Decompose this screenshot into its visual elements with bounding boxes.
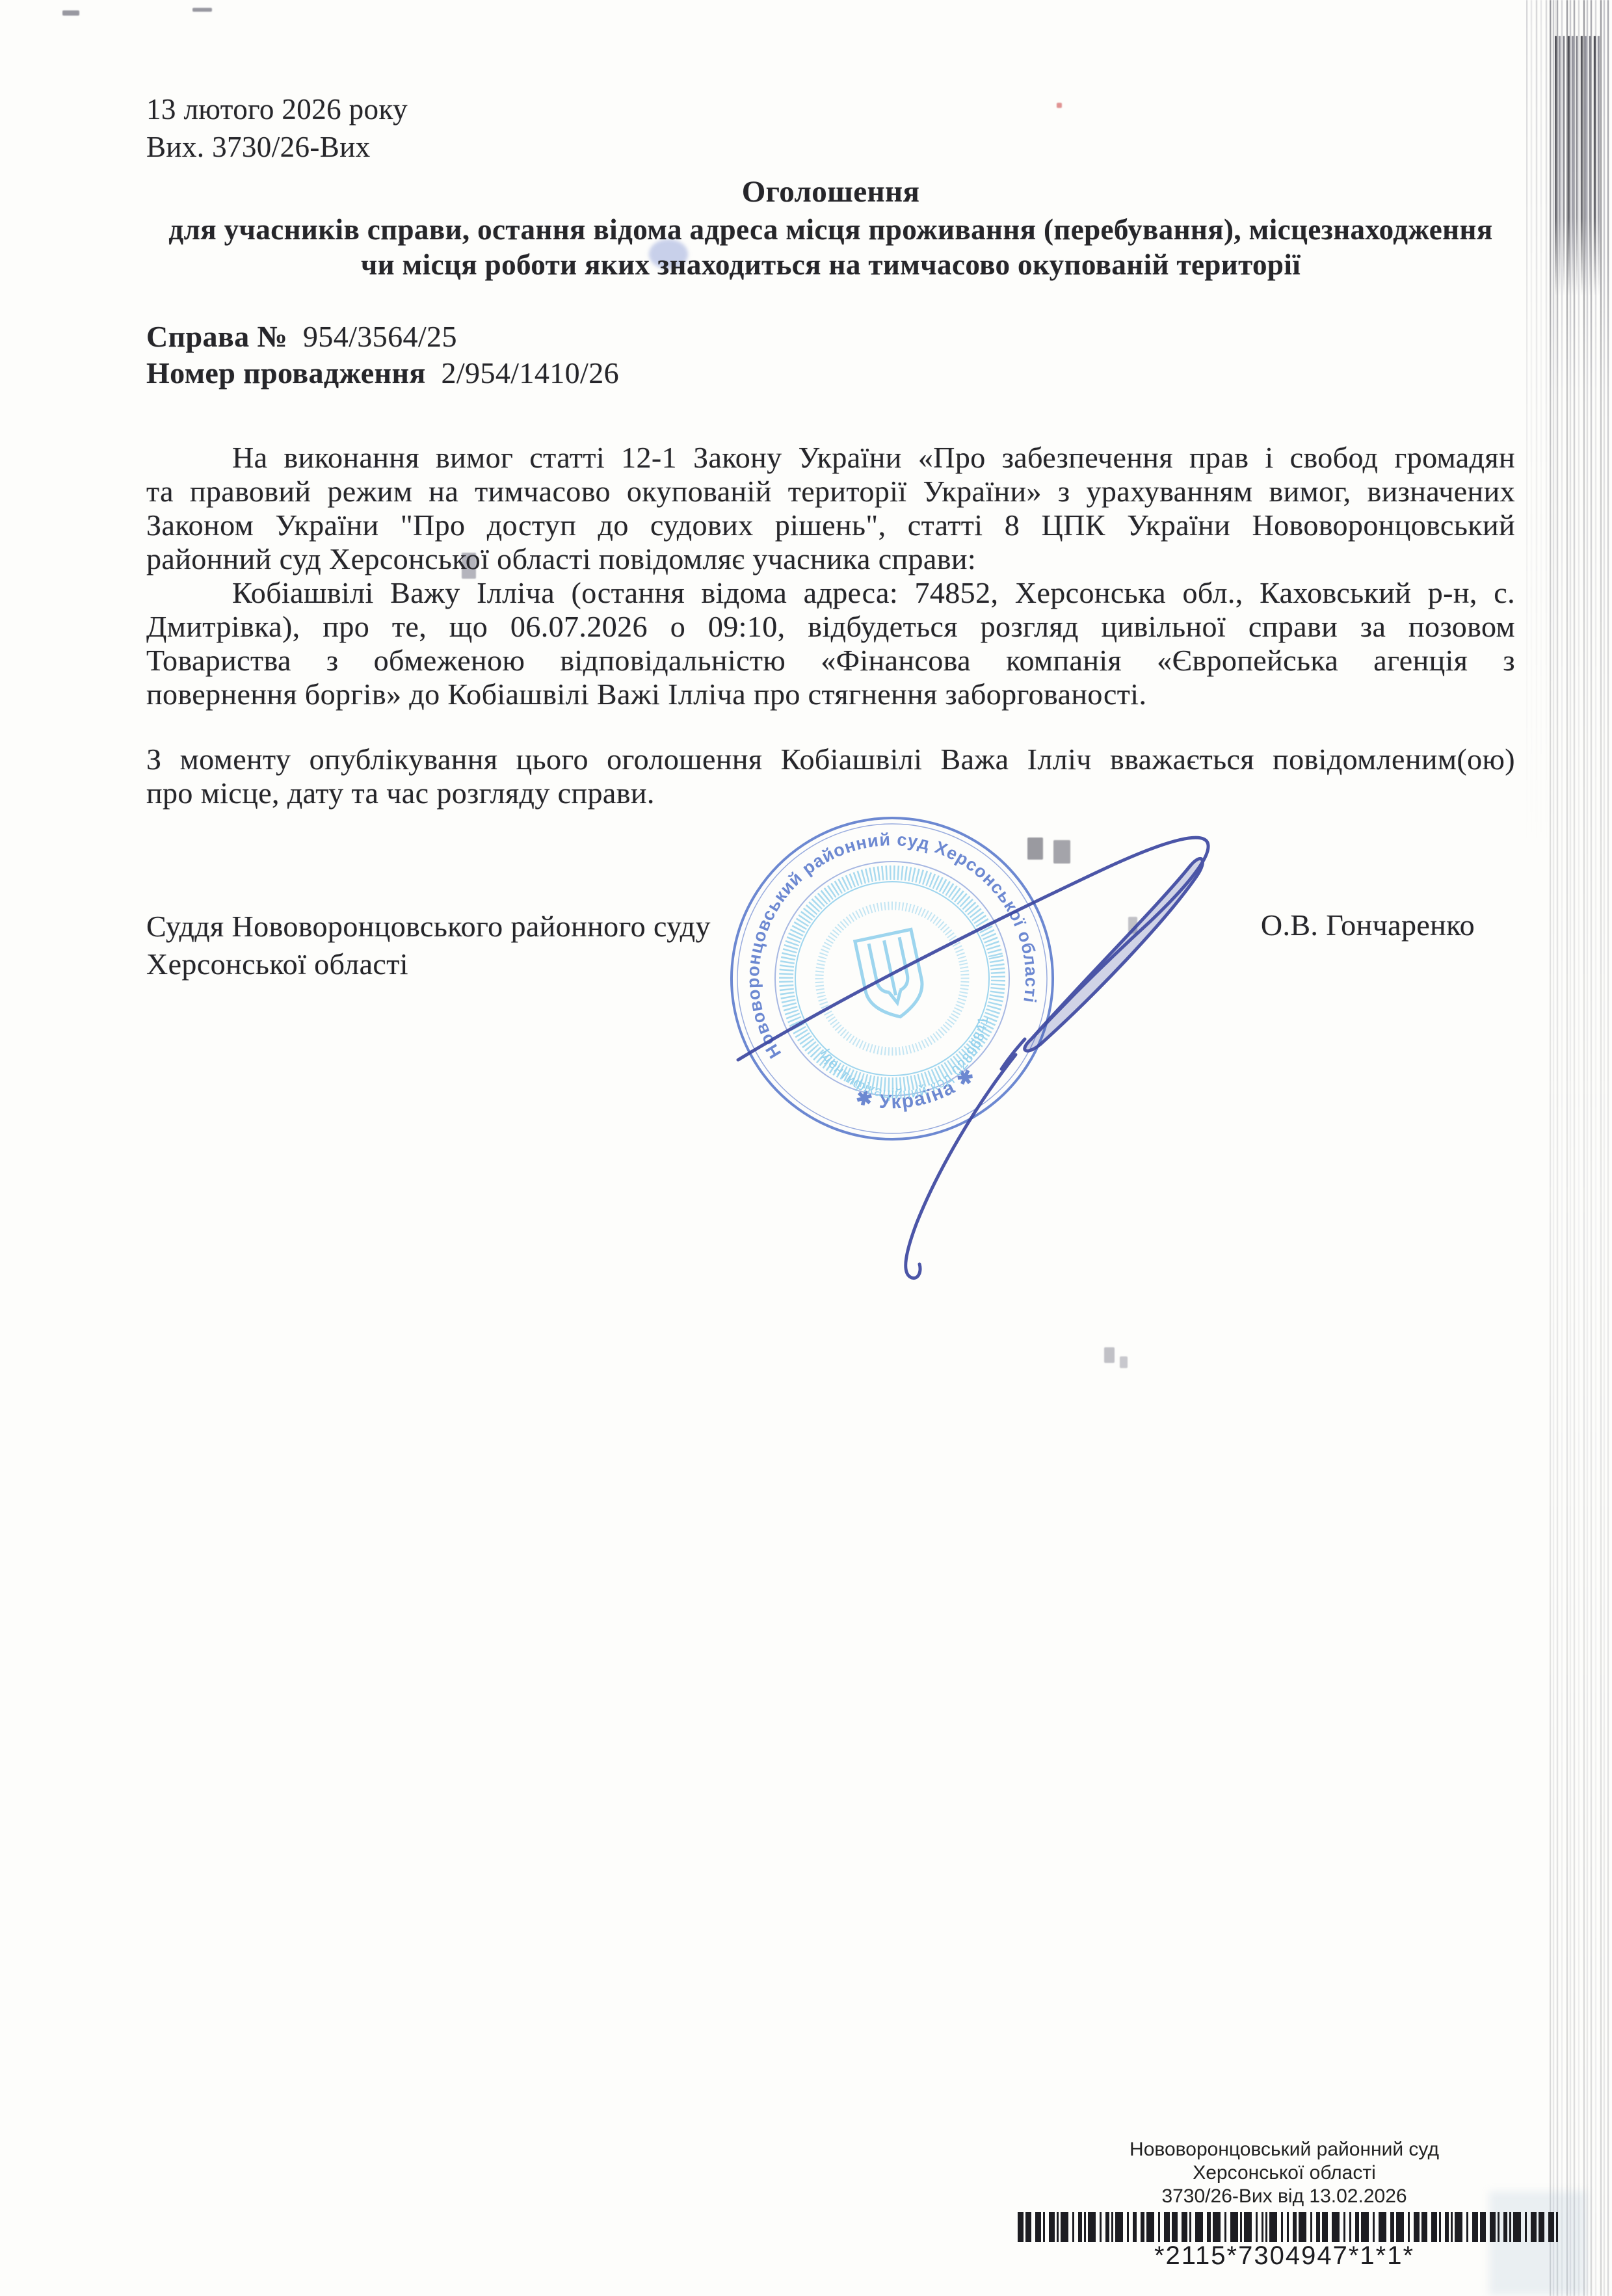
barcode-value: *2115*7304947*1*1* <box>1018 2242 1551 2269</box>
document-date: 13 лютого 2026 року <box>146 91 1515 127</box>
scan-speck <box>1120 1356 1128 1368</box>
barcode <box>1018 2212 1551 2242</box>
scanned-court-document: { "page": { "date_line": "13 лютого 2026… <box>0 0 1612 2296</box>
document-subtitle-line2: чи місця роботи яких знаходиться на тимч… <box>146 247 1515 282</box>
footer-stamp-block: Нововоронцовський районний суд Херсонськ… <box>1018 2138 1551 2269</box>
footer-court-region: Херсонської області <box>1018 2161 1551 2185</box>
scan-edge-noise-top <box>1555 36 1600 296</box>
judge-signature <box>676 800 1327 1313</box>
paragraph-line: районний суд Херсонської області повідом… <box>146 542 1515 576</box>
paragraph-line: На виконання вимог статті 12-1 Закону Ук… <box>146 441 1515 475</box>
scan-speck <box>192 8 212 12</box>
case-number: 954/3564/25 <box>303 320 457 353</box>
footer-court-name: Нововоронцовський районний суд <box>1018 2138 1551 2161</box>
footer-ref-date: 3730/26-Вих від 13.02.2026 <box>1018 2185 1551 2208</box>
proceeding-label: Номер провадження <box>146 356 434 389</box>
paragraph-legal-basis: На виконання вимог статті 12-1 Закону Ук… <box>146 441 1515 576</box>
paragraph-line: та правовий режим на тимчасово окуповані… <box>146 475 1515 508</box>
paragraph-line: З моменту опублікування цього оголошення… <box>146 743 1515 776</box>
scan-speck <box>1104 1347 1115 1363</box>
scan-speck <box>62 10 79 16</box>
judge-title-line2: Херсонської області <box>146 945 711 983</box>
case-number-line: Справа № 954/3564/25 <box>146 319 1515 355</box>
document-title: Оголошення <box>146 174 1515 209</box>
paragraph-line: повернення боргів» до Кобіашвілі Важі Іл… <box>146 678 1515 711</box>
judge-title-line1: Суддя Нововоронцовського районного суду <box>146 908 711 945</box>
signature-strokes <box>676 800 1327 1313</box>
scan-edge-noise-mid <box>1526 0 1556 845</box>
proceeding-number: 2/954/1410/26 <box>441 356 619 389</box>
judge-title: Суддя Нововоронцовського районного суду … <box>146 908 711 983</box>
paragraph-line: Кобіашвілі Важу Ілліча (остання відома а… <box>146 576 1515 610</box>
proceeding-number-line: Номер провадження 2/954/1410/26 <box>146 355 1515 391</box>
scan-edge-noise <box>1550 0 1612 2296</box>
paragraph-line: Дмитрівка), про те, що 06.07.2026 о 09:1… <box>146 610 1515 644</box>
paragraph-hearing-notice: Кобіашвілі Важу Ілліча (остання відома а… <box>146 576 1515 711</box>
paragraph-line: Товариства з обмеженою відповідальністю … <box>146 644 1515 678</box>
case-label: Справа № <box>146 320 295 353</box>
paragraph-line: Законом України "Про доступ до судових р… <box>146 508 1515 542</box>
outgoing-ref-number: Вих. 3730/26-Вих <box>146 129 1515 165</box>
document-subtitle-line1: для учасників справи, остання відома адр… <box>146 212 1515 247</box>
